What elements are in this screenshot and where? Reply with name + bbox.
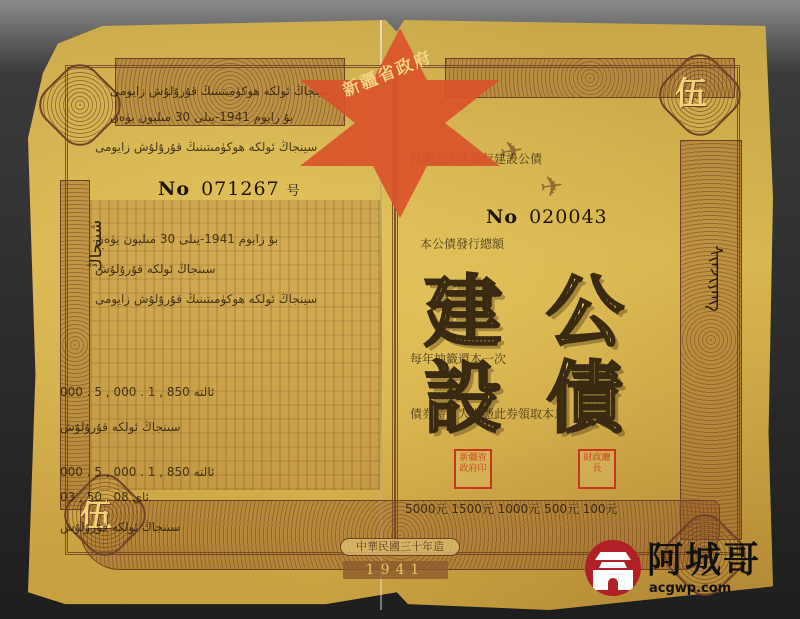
- site-watermark: 阿城哥 acgwp.com: [585, 540, 761, 596]
- title-char-jian: 建: [418, 276, 508, 351]
- photo-stage: 伍 伍 ✈ ✈ سينجاڭ ئولكە ھوكۈمىتىنىڭ قۇرۇلۇش…: [0, 0, 800, 619]
- year-plate: 1941: [343, 561, 448, 579]
- script-line: بۇ زايوم 1941-يىلى 30 مىليون يۈەن: [95, 232, 375, 246]
- title-char-she: 設: [418, 362, 508, 437]
- serial-number-left: No 071267 号: [158, 178, 301, 200]
- official-seal-right: 財政廳長: [578, 449, 616, 489]
- serial-number-right: No 020043: [486, 206, 608, 228]
- script-line: سىنجاڭ ئولكە قۇرۇلۇش: [95, 262, 375, 276]
- serial-prefix: No: [158, 178, 190, 200]
- watermark-title: 阿城哥: [647, 541, 761, 581]
- script-line: سينجاڭ ئولكە ھوكۈمىتىنىڭ قۇرۇلۇش زايومى: [95, 292, 375, 306]
- script-line: سىنجاڭ ئولكە قۇرۇلۇش: [60, 420, 380, 434]
- script-line: ئالتە 850 , 1 . 000 , 5 . 000: [60, 385, 380, 399]
- script-line: ئالتە 850 , 1 . 000 , 5 . 000: [60, 465, 380, 479]
- watermark-url: acgwp.com: [649, 581, 731, 596]
- uyghur-vertical-text: شىنجاڭ: [86, 220, 105, 271]
- corner-denomination-glyph: 伍: [675, 68, 707, 114]
- text-line: 本公債發行總額: [420, 235, 720, 252]
- serial-value: 071267: [201, 178, 280, 200]
- serial-value: 020043: [529, 206, 608, 228]
- serial-suffix: 号: [287, 184, 301, 199]
- airplane-icon: ✈: [538, 169, 566, 205]
- script-line: سىنجاڭ ئولكە قۇرۇلۇش: [60, 520, 340, 534]
- script-line: ئاي 08 , 50 , 03: [60, 490, 380, 504]
- watermark-text: 阿城哥 acgwp.com: [647, 541, 761, 596]
- official-seal-left: 新疆省政府印: [454, 449, 492, 489]
- city-gate-logo-icon: [585, 540, 641, 596]
- serial-prefix: No: [486, 206, 518, 228]
- denominations-line: 5000元 1500元 1000元 500元 100元: [405, 500, 685, 517]
- era-banner: 中華民國三十年造: [340, 538, 460, 556]
- title-char-zhai: 債: [540, 362, 630, 437]
- title-char-gong: 公: [540, 276, 630, 351]
- mongolian-vertical-text: ᠰᠢᠨᠵᠢᠶᠠᠩ: [700, 245, 731, 312]
